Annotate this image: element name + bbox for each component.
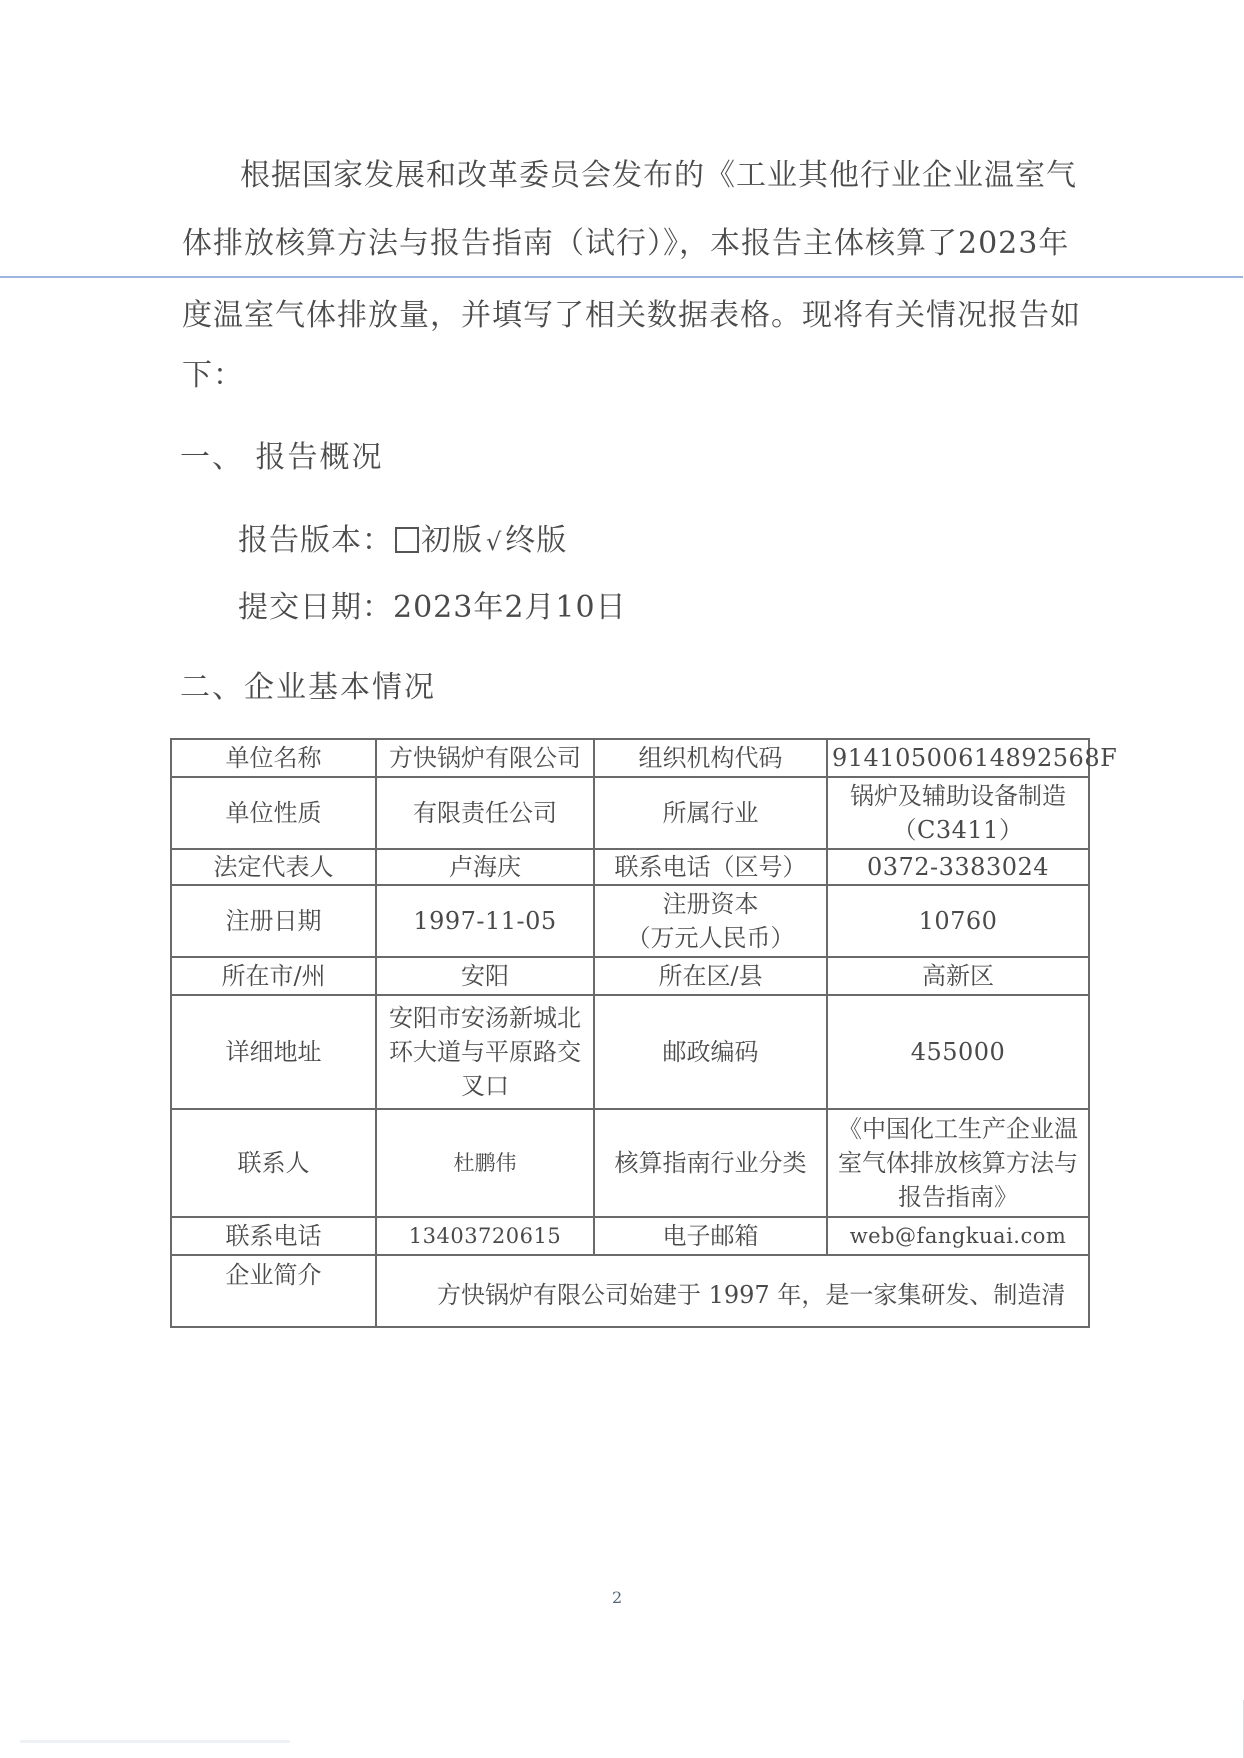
- label-unit-nature: 单位性质: [171, 777, 376, 849]
- value-phone-area: 0372-3383024: [827, 849, 1089, 885]
- table-row: 联系人 杜鹏伟 核算指南行业分类 《中国化工生产企业温 室气体排放核算方法与 报…: [171, 1109, 1089, 1217]
- report-version-line: 报告版本：初版√终版: [238, 515, 567, 559]
- value-address-line-3: 叉口: [381, 1069, 589, 1103]
- label-phone-area: 联系电话（区号）: [594, 849, 827, 885]
- label-reg-date: 注册日期: [171, 885, 376, 957]
- value-unit-name: 方快锅炉有限公司: [376, 739, 594, 777]
- table-row: 单位性质 有限责任公司 所属行业 锅炉及辅助设备制造 （C3411）: [171, 777, 1089, 849]
- section-heading-report-overview: 一、 报告概况: [180, 432, 384, 476]
- label-city: 所在市/州: [171, 957, 376, 995]
- value-address-line-2: 环大道与平原路交: [381, 1035, 589, 1069]
- company-info-table: 单位名称 方快锅炉有限公司 组织机构代码 91410500614892568F …: [170, 738, 1090, 1328]
- table-row: 注册日期 1997-11-05 注册资本 （万元人民币） 10760: [171, 885, 1089, 957]
- submit-date-label: 提交日期：: [238, 590, 393, 625]
- label-org-code: 组织机构代码: [594, 739, 827, 777]
- label-postal-code: 邮政编码: [594, 995, 827, 1109]
- label-industry: 所属行业: [594, 777, 827, 849]
- value-guideline-line-3: 报告指南》: [832, 1180, 1084, 1214]
- section-heading-company-info: 二、企业基本情况: [180, 662, 436, 706]
- label-legal-rep: 法定代表人: [171, 849, 376, 885]
- label-contact-phone: 联系电话: [171, 1217, 376, 1255]
- value-email: web@fangkuai.com: [827, 1217, 1089, 1255]
- option-initial-version: 初版: [421, 523, 483, 558]
- intro-paragraph-line-2: 体排放核算方法与报告指南（试行）》，本报告主体核算了2023年: [182, 218, 1069, 262]
- value-contact-person: 杜鹏伟: [376, 1109, 594, 1217]
- report-version-label: 报告版本：: [238, 523, 393, 558]
- intro-paragraph-line-1: 根据国家发展和改革委员会发布的《工业其他行业企业温室气: [240, 150, 1077, 194]
- value-guideline-line-2: 室气体排放核算方法与: [832, 1146, 1084, 1180]
- value-address-line-1: 安阳市安汤新城北: [381, 1001, 589, 1035]
- value-district: 高新区: [827, 957, 1089, 995]
- label-unit-name: 单位名称: [171, 739, 376, 777]
- value-postal-code: 455000: [827, 995, 1089, 1109]
- value-city: 安阳: [376, 957, 594, 995]
- checkmark-icon: √: [486, 528, 502, 556]
- value-reg-date: 1997-11-05: [376, 885, 594, 957]
- label-reg-capital-line-1: 注册资本: [599, 887, 822, 921]
- label-reg-capital-line-2: （万元人民币）: [599, 921, 822, 955]
- value-unit-nature: 有限责任公司: [376, 777, 594, 849]
- table-row: 企业简介 方快锅炉有限公司始建于 1997 年，是一家集研发、制造清: [171, 1255, 1089, 1327]
- label-reg-capital: 注册资本 （万元人民币）: [594, 885, 827, 957]
- checkbox-initial-version[interactable]: [395, 527, 419, 553]
- label-email: 电子邮箱: [594, 1217, 827, 1255]
- page-number: 2: [612, 1588, 622, 1607]
- label-address: 详细地址: [171, 995, 376, 1109]
- submit-date-value: 2023年2月10日: [393, 590, 627, 625]
- label-district: 所在区/县: [594, 957, 827, 995]
- scan-artifact-line: [0, 276, 1243, 278]
- value-contact-phone: 13403720615: [376, 1217, 594, 1255]
- value-guideline-line-1: 《中国化工生产企业温: [832, 1112, 1084, 1146]
- value-company-intro: 方快锅炉有限公司始建于 1997 年，是一家集研发、制造清: [376, 1255, 1089, 1327]
- value-legal-rep: 卢海庆: [376, 849, 594, 885]
- value-org-code: 91410500614892568F: [827, 739, 1089, 777]
- table-row: 联系电话 13403720615 电子邮箱 web@fangkuai.com: [171, 1217, 1089, 1255]
- submit-date-line: 提交日期：2023年2月10日: [238, 582, 627, 626]
- table-row: 所在市/州 安阳 所在区/县 高新区: [171, 957, 1089, 995]
- value-industry: 锅炉及辅助设备制造 （C3411）: [827, 777, 1089, 849]
- option-final-version: 终版: [505, 523, 567, 558]
- label-company-intro: 企业简介: [171, 1255, 376, 1327]
- scan-artifact-smudge: [20, 1740, 290, 1743]
- intro-paragraph-line-4: 下：: [182, 350, 244, 394]
- value-industry-line-2: （C3411）: [832, 813, 1084, 847]
- table-row: 详细地址 安阳市安汤新城北 环大道与平原路交 叉口 邮政编码 455000: [171, 995, 1089, 1109]
- value-industry-line-1: 锅炉及辅助设备制造: [832, 779, 1084, 813]
- label-guideline-category: 核算指南行业分类: [594, 1109, 827, 1217]
- intro-paragraph-line-3: 度温室气体排放量，并填写了相关数据表格。现将有关情况报告如: [182, 290, 1081, 334]
- value-address: 安阳市安汤新城北 环大道与平原路交 叉口: [376, 995, 594, 1109]
- table-row: 法定代表人 卢海庆 联系电话（区号） 0372-3383024: [171, 849, 1089, 885]
- value-guideline-category: 《中国化工生产企业温 室气体排放核算方法与 报告指南》: [827, 1109, 1089, 1217]
- label-contact-person: 联系人: [171, 1109, 376, 1217]
- table-row: 单位名称 方快锅炉有限公司 组织机构代码 91410500614892568F: [171, 739, 1089, 777]
- value-reg-capital: 10760: [827, 885, 1089, 957]
